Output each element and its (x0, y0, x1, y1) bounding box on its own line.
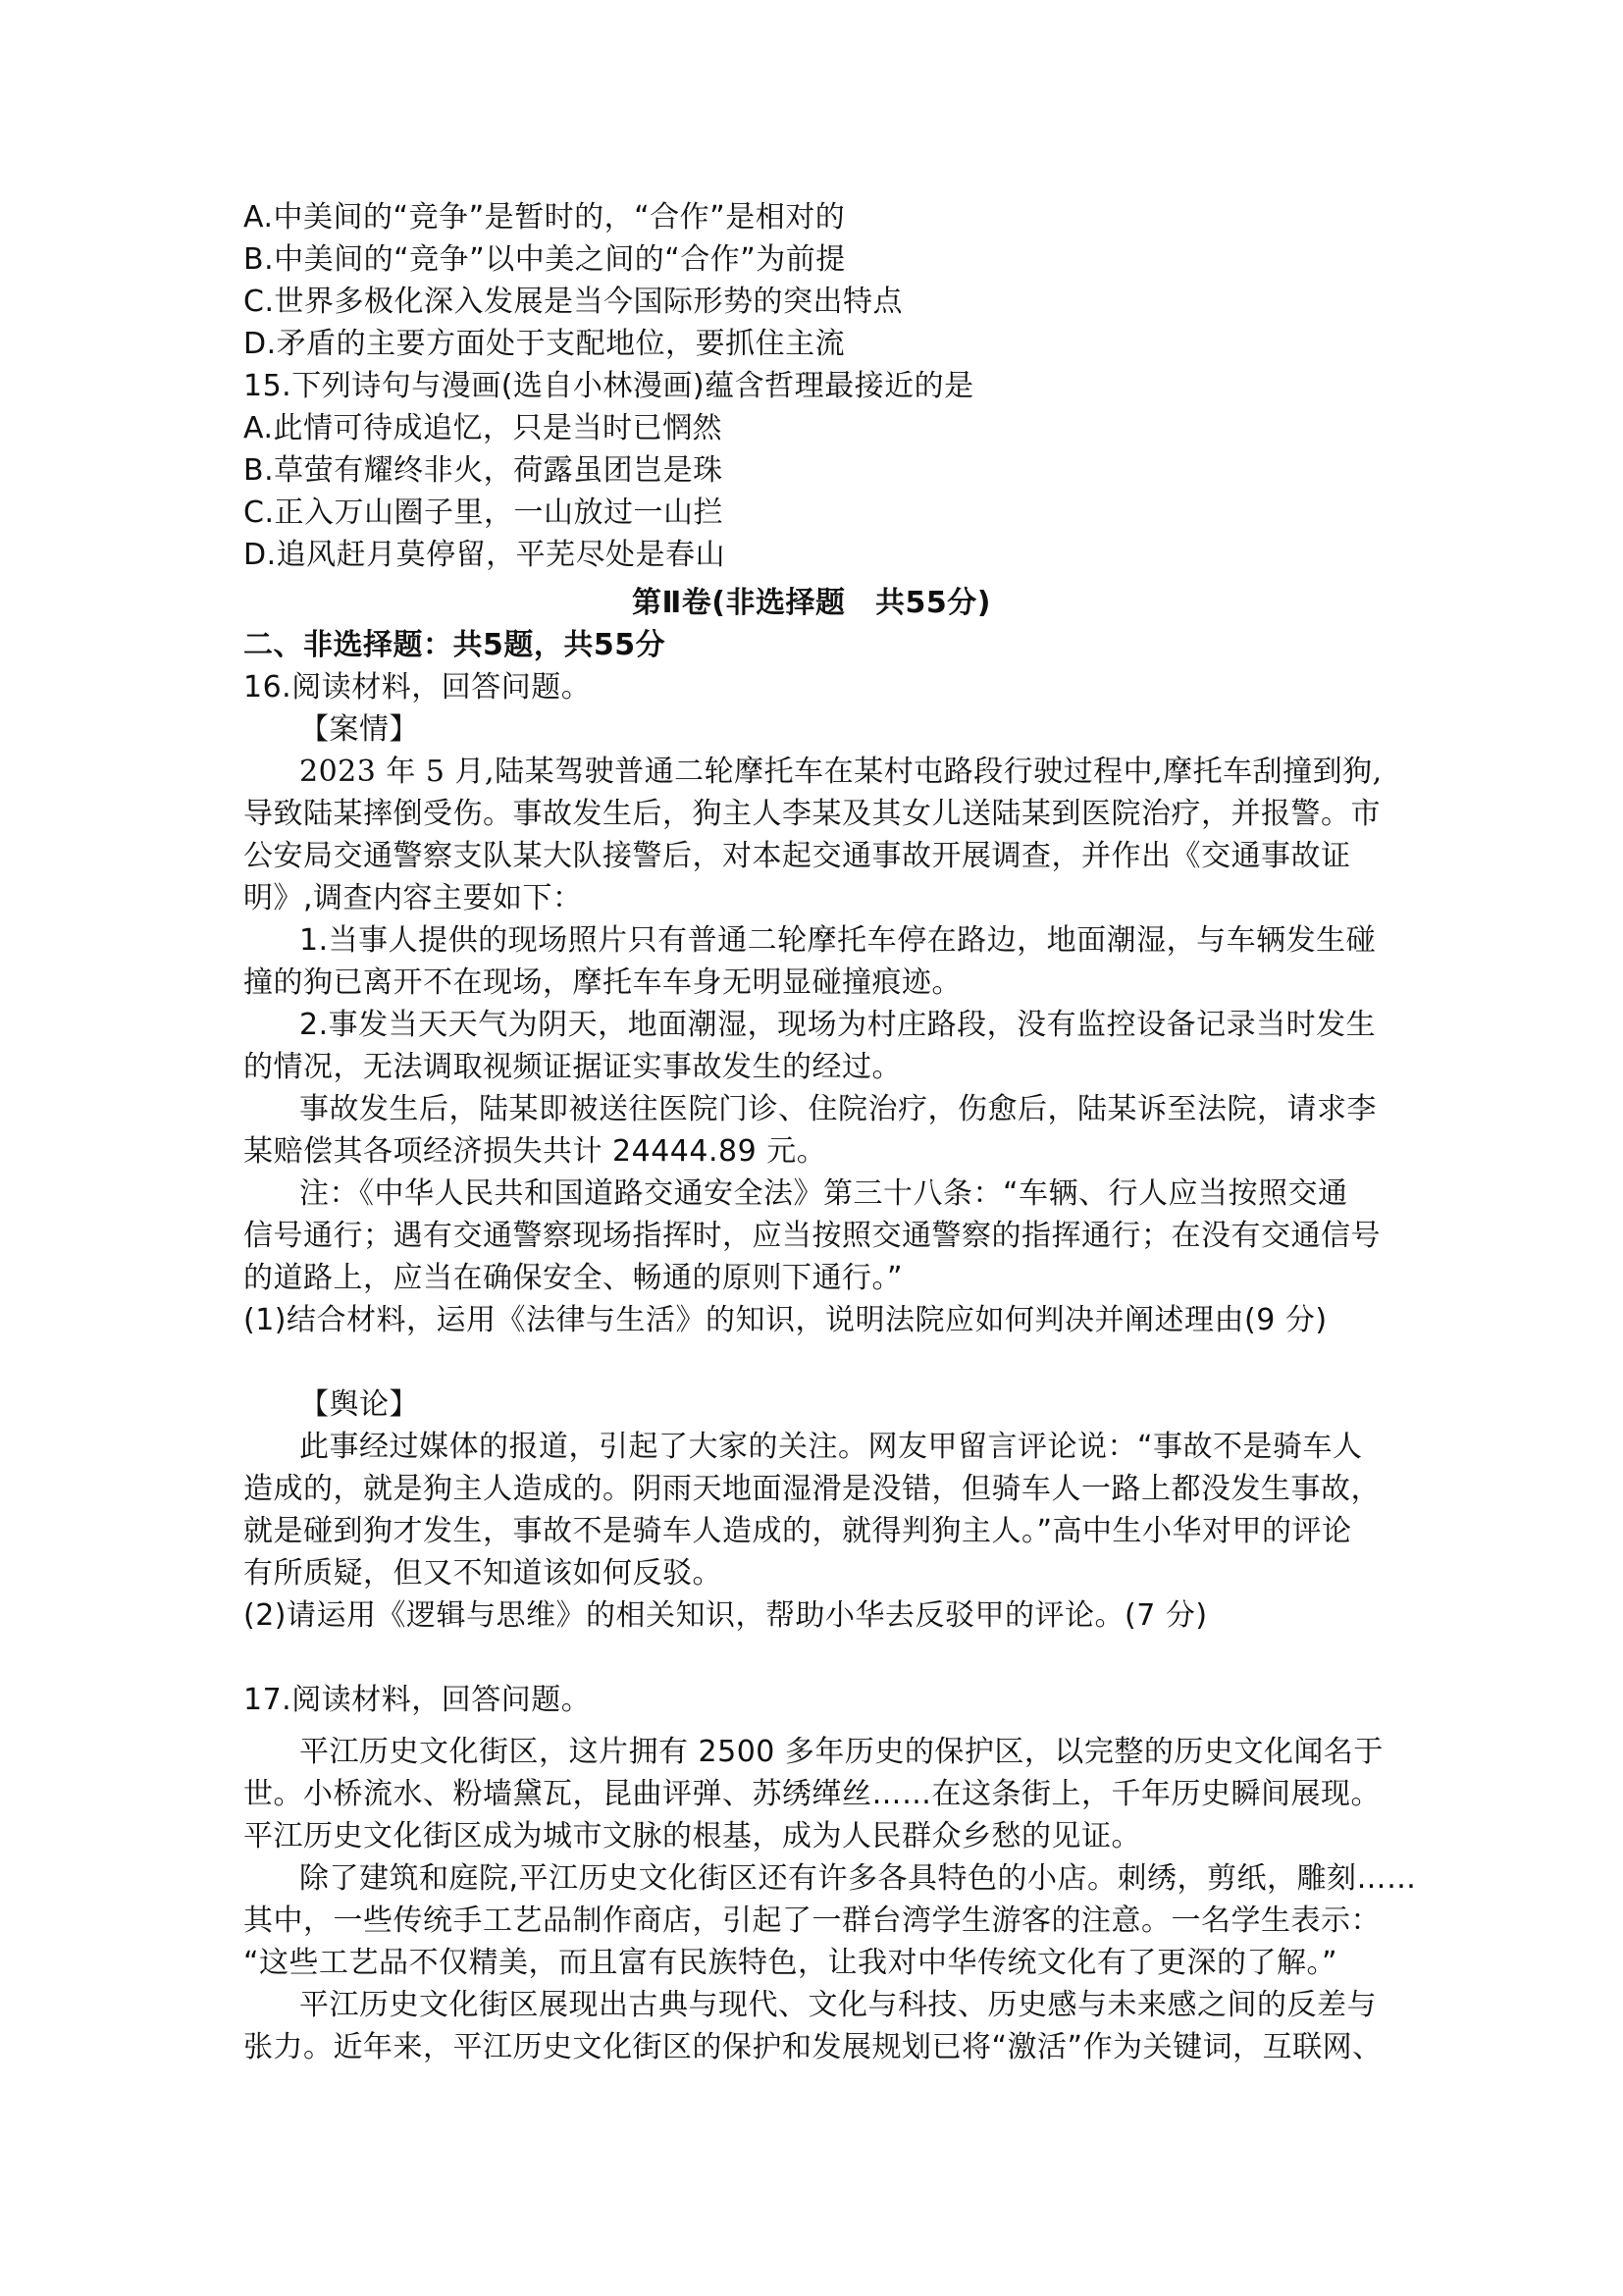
case-line: 2.事发当天天气为阴天，地面潮湿，现场为村庄路段，没有监控设备记录当时发生 (299, 1006, 1376, 1045)
case-line: 事故发生后，陆某即被送往医院门诊、住院治疗，伤愈后，陆某诉至法院，请求李 (299, 1090, 1377, 1129)
opinion-line: 造成的，就是狗主人造成的。阴雨天地面湿滑是没错，但骑车人一路上都没发生事故， (243, 1470, 1381, 1509)
q14-option-c: C.世界多极化深入发展是当今国际形势的突出特点 (243, 283, 903, 322)
section-heading: 二、非选择题：共5题，共55分 (243, 626, 665, 665)
case-line: 明》,调查内容主要如下： (243, 879, 583, 918)
case-line: 撞的狗已离开不在现场，摩托车车身无明显碰撞痕迹。 (243, 964, 962, 1003)
case-label: 【案情】 (299, 710, 419, 750)
q17-line: “这些工艺品不仅精美，而且富有民族特色，让我对中华传统文化有了更深的了解。” (243, 1944, 1337, 1983)
opinion-line: 就是碰到狗才发生，事故不是骑车人造成的，就得判狗主人。”高中生小华对甲的评论 (243, 1512, 1352, 1551)
q14-option-d: D.矛盾的主要方面处于支配地位，要抓住主流 (243, 325, 845, 364)
q16-stem: 16.阅读材料，回答问题。 (243, 668, 591, 707)
q15-option-d: D.追风赶月莫停留，平芜尽处是春山 (243, 536, 725, 575)
q14-option-a: A.中美间的“竞争”是暂时的，“合作”是相对的 (243, 198, 845, 237)
q17-line: 平江历史文化街区成为城市文脉的根基，成为人民群众乡愁的见证。 (243, 1817, 1141, 1856)
case-line: 的道路上，应当在确保安全、畅通的原则下通行。” (243, 1259, 903, 1298)
q17-stem: 17.阅读材料，回答问题。 (243, 1681, 591, 1720)
opinion-line: 有所质疑，但又不知道该如何反驳。 (243, 1554, 722, 1593)
q17-line: 世。小桥流水、粉墙黛瓦，昆曲评弹、苏绣缂丝……在这条街上，千年历史瞬间展现。 (243, 1775, 1381, 1814)
q16-subquestion-2: (2)请运用《逻辑与思维》的相关知识，帮助小华去反驳甲的评论。(7 分) (243, 1596, 1208, 1636)
opinion-line: 此事经过媒体的报道，引起了大家的关注。网友甲留言评论说：“事故不是骑车人 (299, 1428, 1363, 1467)
part-2-title: 第Ⅱ卷(非选择题 共55分) (0, 584, 1623, 623)
case-line: 公安局交通警察支队某大队接警后，对本起交通事故开展调查，并作出《交通事故证 (243, 837, 1351, 876)
case-line: 的情况，无法调取视频证据证实事故发生的经过。 (243, 1048, 902, 1087)
q15-option-c: C.正入万山圈子里，一山放过一山拦 (243, 494, 723, 533)
q17-line: 平江历史文化街区，这片拥有 2500 多年历史的保护区，以完整的历史文化闻名于 (299, 1733, 1384, 1772)
q15-option-a: A.此情可待成追忆，只是当时已惘然 (243, 409, 722, 448)
q15-option-b: B.草萤有耀终非火，荷露虽团岂是珠 (243, 451, 723, 491)
q17-line: 其中，一些传统手工艺品制作商店，引起了一群台湾学生游客的注意。一名学生表示： (243, 1902, 1381, 1941)
q16-subquestion-1: (1)结合材料，运用《法律与生活》的知识，说明法院应如何判决并阐述理由(9 分) (243, 1301, 1328, 1340)
case-line: 1.当事人提供的现场照片只有普通二轮摩托车停在路边，地面潮湿，与车辆发生碰 (299, 921, 1376, 961)
q17-line: 除了建筑和庭院,平江历史文化街区还有许多各具特色的小店。刺绣，剪纸，雕刻…… (299, 1859, 1417, 1899)
q15-stem: 15.下列诗句与漫画(选自小林漫画)蕴含哲理最接近的是 (243, 367, 974, 406)
case-line: 2023 年 5 月,陆某驾驶普通二轮摩托车在某村屯路段行驶过程中,摩托车刮撞到… (299, 753, 1383, 792)
case-line: 某赔偿其各项经济损失共计 24444.89 元。 (243, 1132, 826, 1172)
case-line: 信号通行；遇有交通警察现场指挥时，应当按照交通警察的指挥通行；在没有交通信号 (243, 1217, 1381, 1256)
case-line: 导致陆某摔倒受伤。事故发生后，狗主人李某及其女儿送陆某到医院治疗，并报警。市 (243, 795, 1381, 834)
opinion-label: 【舆论】 (299, 1385, 419, 1425)
case-line: 注：《中华人民共和国道路交通安全法》第三十八条：“车辆、行人应当按照交通 (299, 1174, 1348, 1214)
q17-line: 张力。近年来，平江历史文化街区的保护和发展规划已将“激活”作为关键词，互联网、 (243, 2028, 1383, 2067)
q17-line: 平江历史文化街区展现出古典与现代、文化与科技、历史感与未来感之间的反差与 (299, 1986, 1377, 2025)
q14-option-b: B.中美间的“竞争”以中美之间的“合作”为前提 (243, 240, 846, 280)
